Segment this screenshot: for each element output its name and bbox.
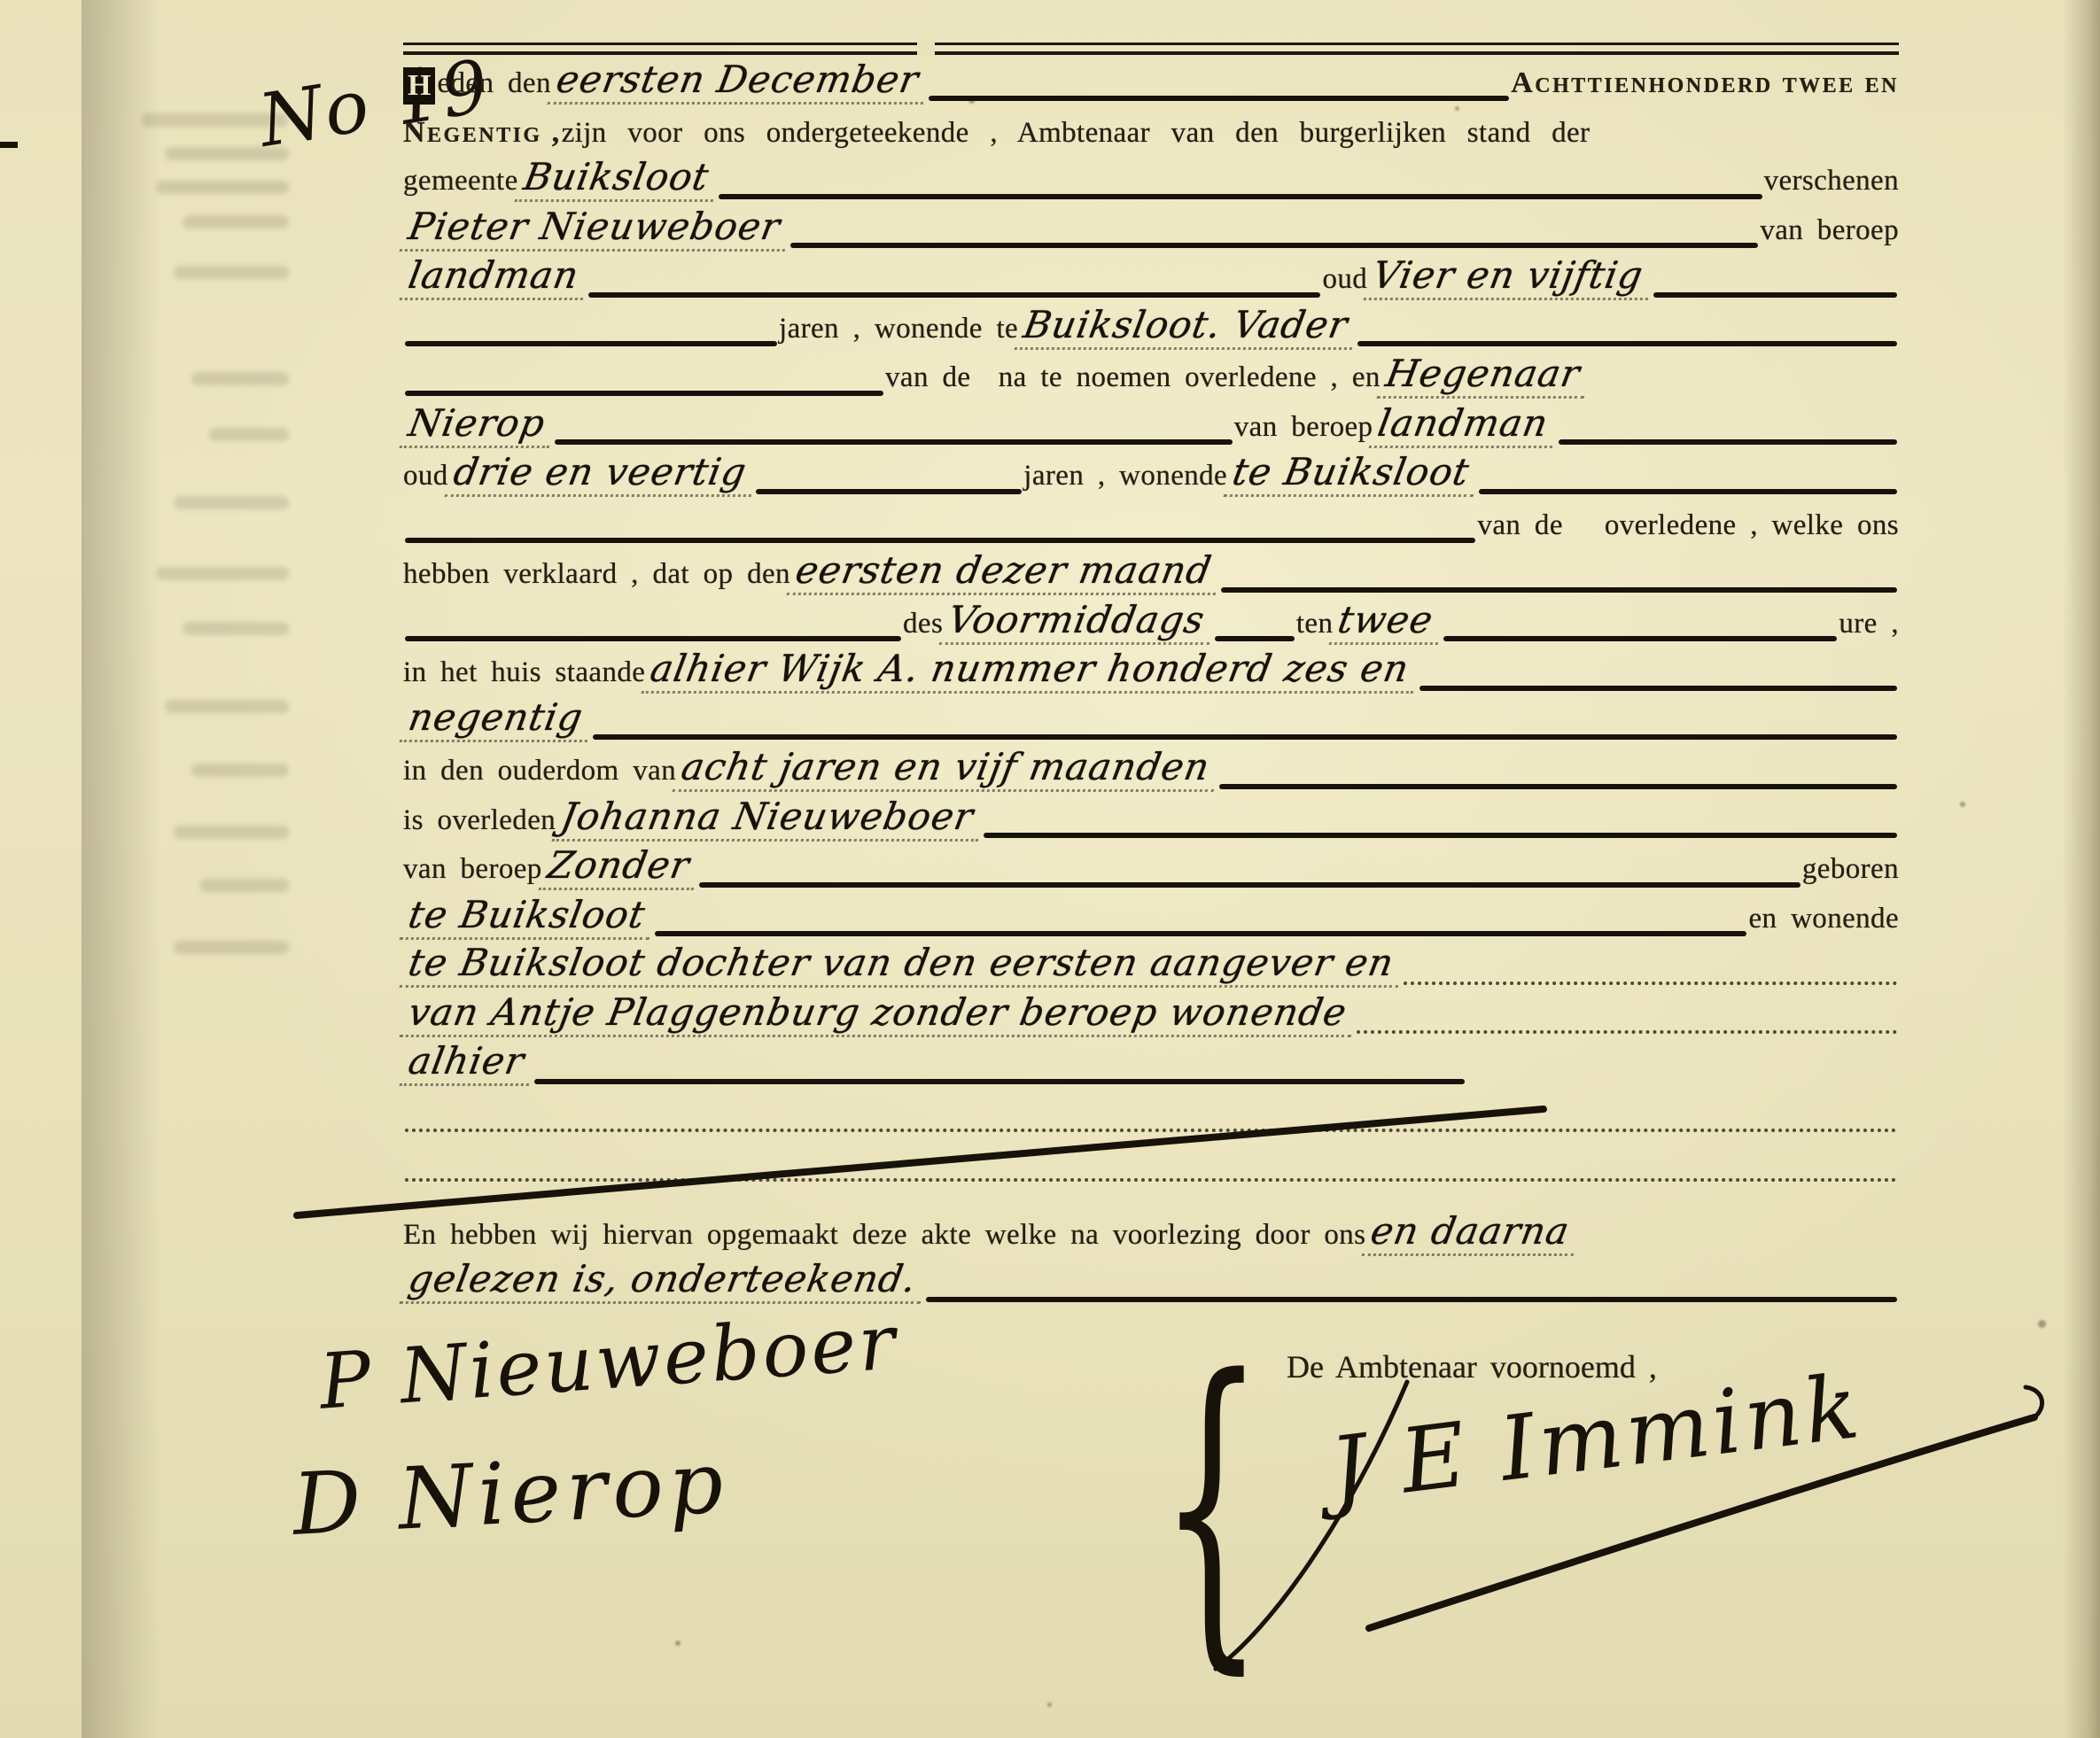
handwritten-text: negentig — [400, 698, 595, 742]
page-bleed-artifact — [174, 826, 289, 839]
handwritten-text: Voormiddags — [939, 601, 1217, 645]
fill-rule — [719, 194, 1762, 199]
handwritten-text: Johanna Nieuweboer — [552, 797, 986, 842]
printed-text: gemeente — [403, 157, 518, 206]
handwritten-text: alhier — [400, 1042, 537, 1086]
form-line: te Buiksloot dochter van den eersten aan… — [403, 943, 1899, 993]
fill-rule — [593, 734, 1897, 740]
form-line: ouddrie en veertigjaren , wonendete Buik… — [403, 452, 1899, 501]
handwritten-text: drie en veertig — [444, 453, 758, 497]
fill-rule — [1479, 489, 1897, 494]
printed-text: van beroep — [1760, 206, 1899, 255]
fill-rule — [588, 292, 1320, 298]
handwritten-text: eersten dezer maand — [787, 551, 1224, 595]
dotted-rule — [1404, 982, 1897, 985]
page-bleed-artifact — [174, 941, 289, 954]
page-bleed-artifact — [156, 181, 289, 194]
form-line: in den ouderdom vanacht jaren en vijf ma… — [403, 747, 1899, 796]
page-bleed-artifact — [191, 764, 289, 777]
printed-text: des — [903, 600, 943, 648]
page-bleed-artifact — [165, 700, 289, 713]
printed-text: en wonende — [1748, 895, 1899, 943]
form-line: Heden deneersten DecemberAchttienhonderd… — [403, 58, 1899, 108]
form-line: van de na te noemen overledene , enHegen… — [403, 353, 1899, 403]
top-rule-gap — [917, 39, 935, 55]
printed-text: ten — [1296, 600, 1334, 648]
form-line — [403, 1091, 1899, 1141]
form-line: Nieropvan beroeplandman — [403, 403, 1899, 453]
paper-speck — [1960, 802, 1965, 807]
form-line: Pieter Nieuweboervan beroep — [403, 206, 1899, 256]
handwritten-text: twee — [1329, 601, 1445, 645]
top-double-rule — [403, 43, 1899, 55]
signature-declarant-1: P Nieuweboer — [316, 1298, 900, 1426]
brace-icon: { — [1159, 1309, 1264, 1703]
fill-rule — [655, 931, 1746, 936]
printed-smallcaps: Achttienhonderd twee en — [1511, 58, 1899, 107]
fill-rule — [1221, 587, 1897, 593]
fill-rule — [405, 391, 883, 396]
paper-speck — [1047, 1703, 1052, 1707]
paper-speck — [675, 1641, 681, 1646]
printed-text: in het huis staande — [403, 648, 645, 697]
printed-text: zijn voor ons ondergeteekende , Ambtenaa… — [562, 109, 1899, 158]
printed-text: oud — [403, 452, 448, 500]
fill-rule — [1215, 636, 1295, 641]
fill-rule — [534, 1079, 1465, 1084]
fill-rule — [405, 341, 777, 346]
form-line: van de overledene , welke ons — [403, 501, 1899, 551]
form-line: gelezen is, onderteekend. — [403, 1260, 1899, 1309]
page-bleed-artifact — [174, 266, 289, 279]
handwritten-text: eersten December — [547, 60, 930, 105]
printed-text: En hebben wij hiervan opgemaakt deze akt… — [403, 1211, 1365, 1260]
fill-rule — [926, 1297, 1897, 1302]
form-line — [403, 1140, 1899, 1190]
dotted-rule — [405, 1178, 1897, 1182]
fill-rule — [405, 636, 901, 641]
handwritten-text: landman — [400, 256, 591, 300]
printed-text: is overleden — [403, 796, 556, 845]
page-bleed-artifact — [156, 567, 289, 580]
handwritten-text: te Buiksloot dochter van den eersten aan… — [400, 943, 1406, 988]
form-line: gemeenteBuikslootverschenen — [403, 157, 1899, 206]
page-edge-shadow — [2063, 0, 2100, 1738]
form-line: is overledenJohanna Nieuweboer — [403, 796, 1899, 846]
handwritten-text: van Antje Plaggenburg zonder beroep wone… — [400, 993, 1359, 1037]
printed-text: jaren , wonende te — [779, 305, 1018, 353]
printed-text: in den ouderdom van — [403, 747, 676, 795]
fill-rule — [699, 882, 1801, 888]
form-line: van beroepZondergeboren — [403, 845, 1899, 895]
fill-rule — [405, 538, 1475, 543]
printed-text: ure , — [1839, 600, 1899, 648]
printed-text: jaren , wonende — [1023, 452, 1227, 500]
fill-rule — [1219, 784, 1897, 789]
handwritten-text: landman — [1369, 404, 1560, 448]
printed-text: verschenen — [1764, 157, 1899, 206]
fill-rule — [790, 243, 1759, 248]
form-line: landmanoudVier en vijftig — [403, 255, 1899, 305]
page-bleed-artifact — [183, 215, 289, 229]
form-line: te Buikslooten wonende — [403, 895, 1899, 944]
printed-text: van beroep — [1234, 403, 1373, 452]
fill-rule — [1443, 636, 1837, 641]
handwritten-text: Pieter Nieuweboer — [400, 207, 793, 252]
fill-rule — [929, 96, 1509, 101]
fill-rule — [984, 833, 1897, 838]
handwritten-text: Hegenaar — [1376, 354, 1591, 399]
printed-text: oud — [1322, 255, 1367, 304]
fill-rule — [1653, 292, 1897, 298]
fill-rule — [1357, 341, 1897, 346]
binding-mark — [0, 142, 18, 148]
printed-text: geboren — [1802, 845, 1899, 894]
form-line: Negentig ,zijn voor ons ondergeteekende … — [403, 108, 1899, 158]
form-line: in het huis staandealhier Wijk A. nummer… — [403, 648, 1899, 698]
dotted-rule — [1357, 1030, 1897, 1034]
fill-rule — [1419, 686, 1897, 691]
handwritten-text: Nierop — [400, 404, 557, 448]
dotted-rule — [405, 1129, 1897, 1132]
page-bleed-artifact — [174, 496, 289, 509]
form-line: alhier — [403, 1042, 1899, 1091]
form-lines: Heden deneersten DecemberAchttienhonderd… — [403, 58, 1899, 1309]
page-bleed-artifact — [191, 372, 289, 385]
handwritten-text: acht jaren en vijf maanden — [673, 748, 1222, 792]
form-line: van Antje Plaggenburg zonder beroep wone… — [403, 993, 1899, 1043]
handwritten-text: gelezen is, onderteekend. — [400, 1260, 929, 1304]
page-bleed-artifact — [209, 428, 289, 441]
fill-rule — [756, 489, 1022, 494]
fill-rule — [1559, 439, 1897, 445]
printed-text: van de na te noemen overledene , en — [885, 353, 1381, 402]
printed-smallcaps: Negentig , — [403, 108, 562, 157]
form-line: jaren , wonende teBuiksloot. Vader — [403, 305, 1899, 354]
page-bleed-artifact — [200, 879, 289, 892]
printed-text: eden den — [437, 59, 550, 108]
gutter-shadow — [82, 0, 161, 1738]
handwritten-text: Vier en vijftig — [1364, 256, 1655, 300]
handwritten-text: en daarna — [1362, 1212, 1582, 1256]
printed-text: hebben verklaard , dat op den — [403, 550, 790, 599]
printed-text: van de overledene , welke ons — [1477, 501, 1899, 550]
handwritten-text: te Buiksloot — [400, 896, 657, 940]
form-line: desVoormiddagstentweeure , — [403, 600, 1899, 649]
fill-rule — [555, 439, 1232, 445]
signature-declarant-2: D Nierop — [290, 1432, 730, 1555]
handwritten-text: alhier Wijk A. nummer honderd zes en — [642, 649, 1421, 694]
form-line: negentig — [403, 698, 1899, 748]
official-title: De Ambtenaar voornoemd , — [1287, 1348, 1657, 1385]
handwritten-text: te Buiksloot — [1224, 453, 1482, 497]
printed-text: van beroep — [403, 845, 542, 894]
handwritten-text: Buiksloot — [514, 158, 720, 202]
death-certificate-page: No 19 Heden deneersten DecemberAchttienh… — [0, 0, 2100, 1738]
decorative-initial: H — [403, 67, 435, 105]
page-bleed-artifact — [183, 622, 289, 635]
form-line: En hebben wij hiervan opgemaakt deze akt… — [403, 1211, 1899, 1261]
handwritten-text: Buiksloot. Vader — [1015, 306, 1360, 350]
paper-speck — [2038, 1320, 2046, 1328]
handwritten-text: Zonder — [538, 846, 701, 890]
form-line: hebben verklaard , dat op deneersten dez… — [403, 550, 1899, 600]
